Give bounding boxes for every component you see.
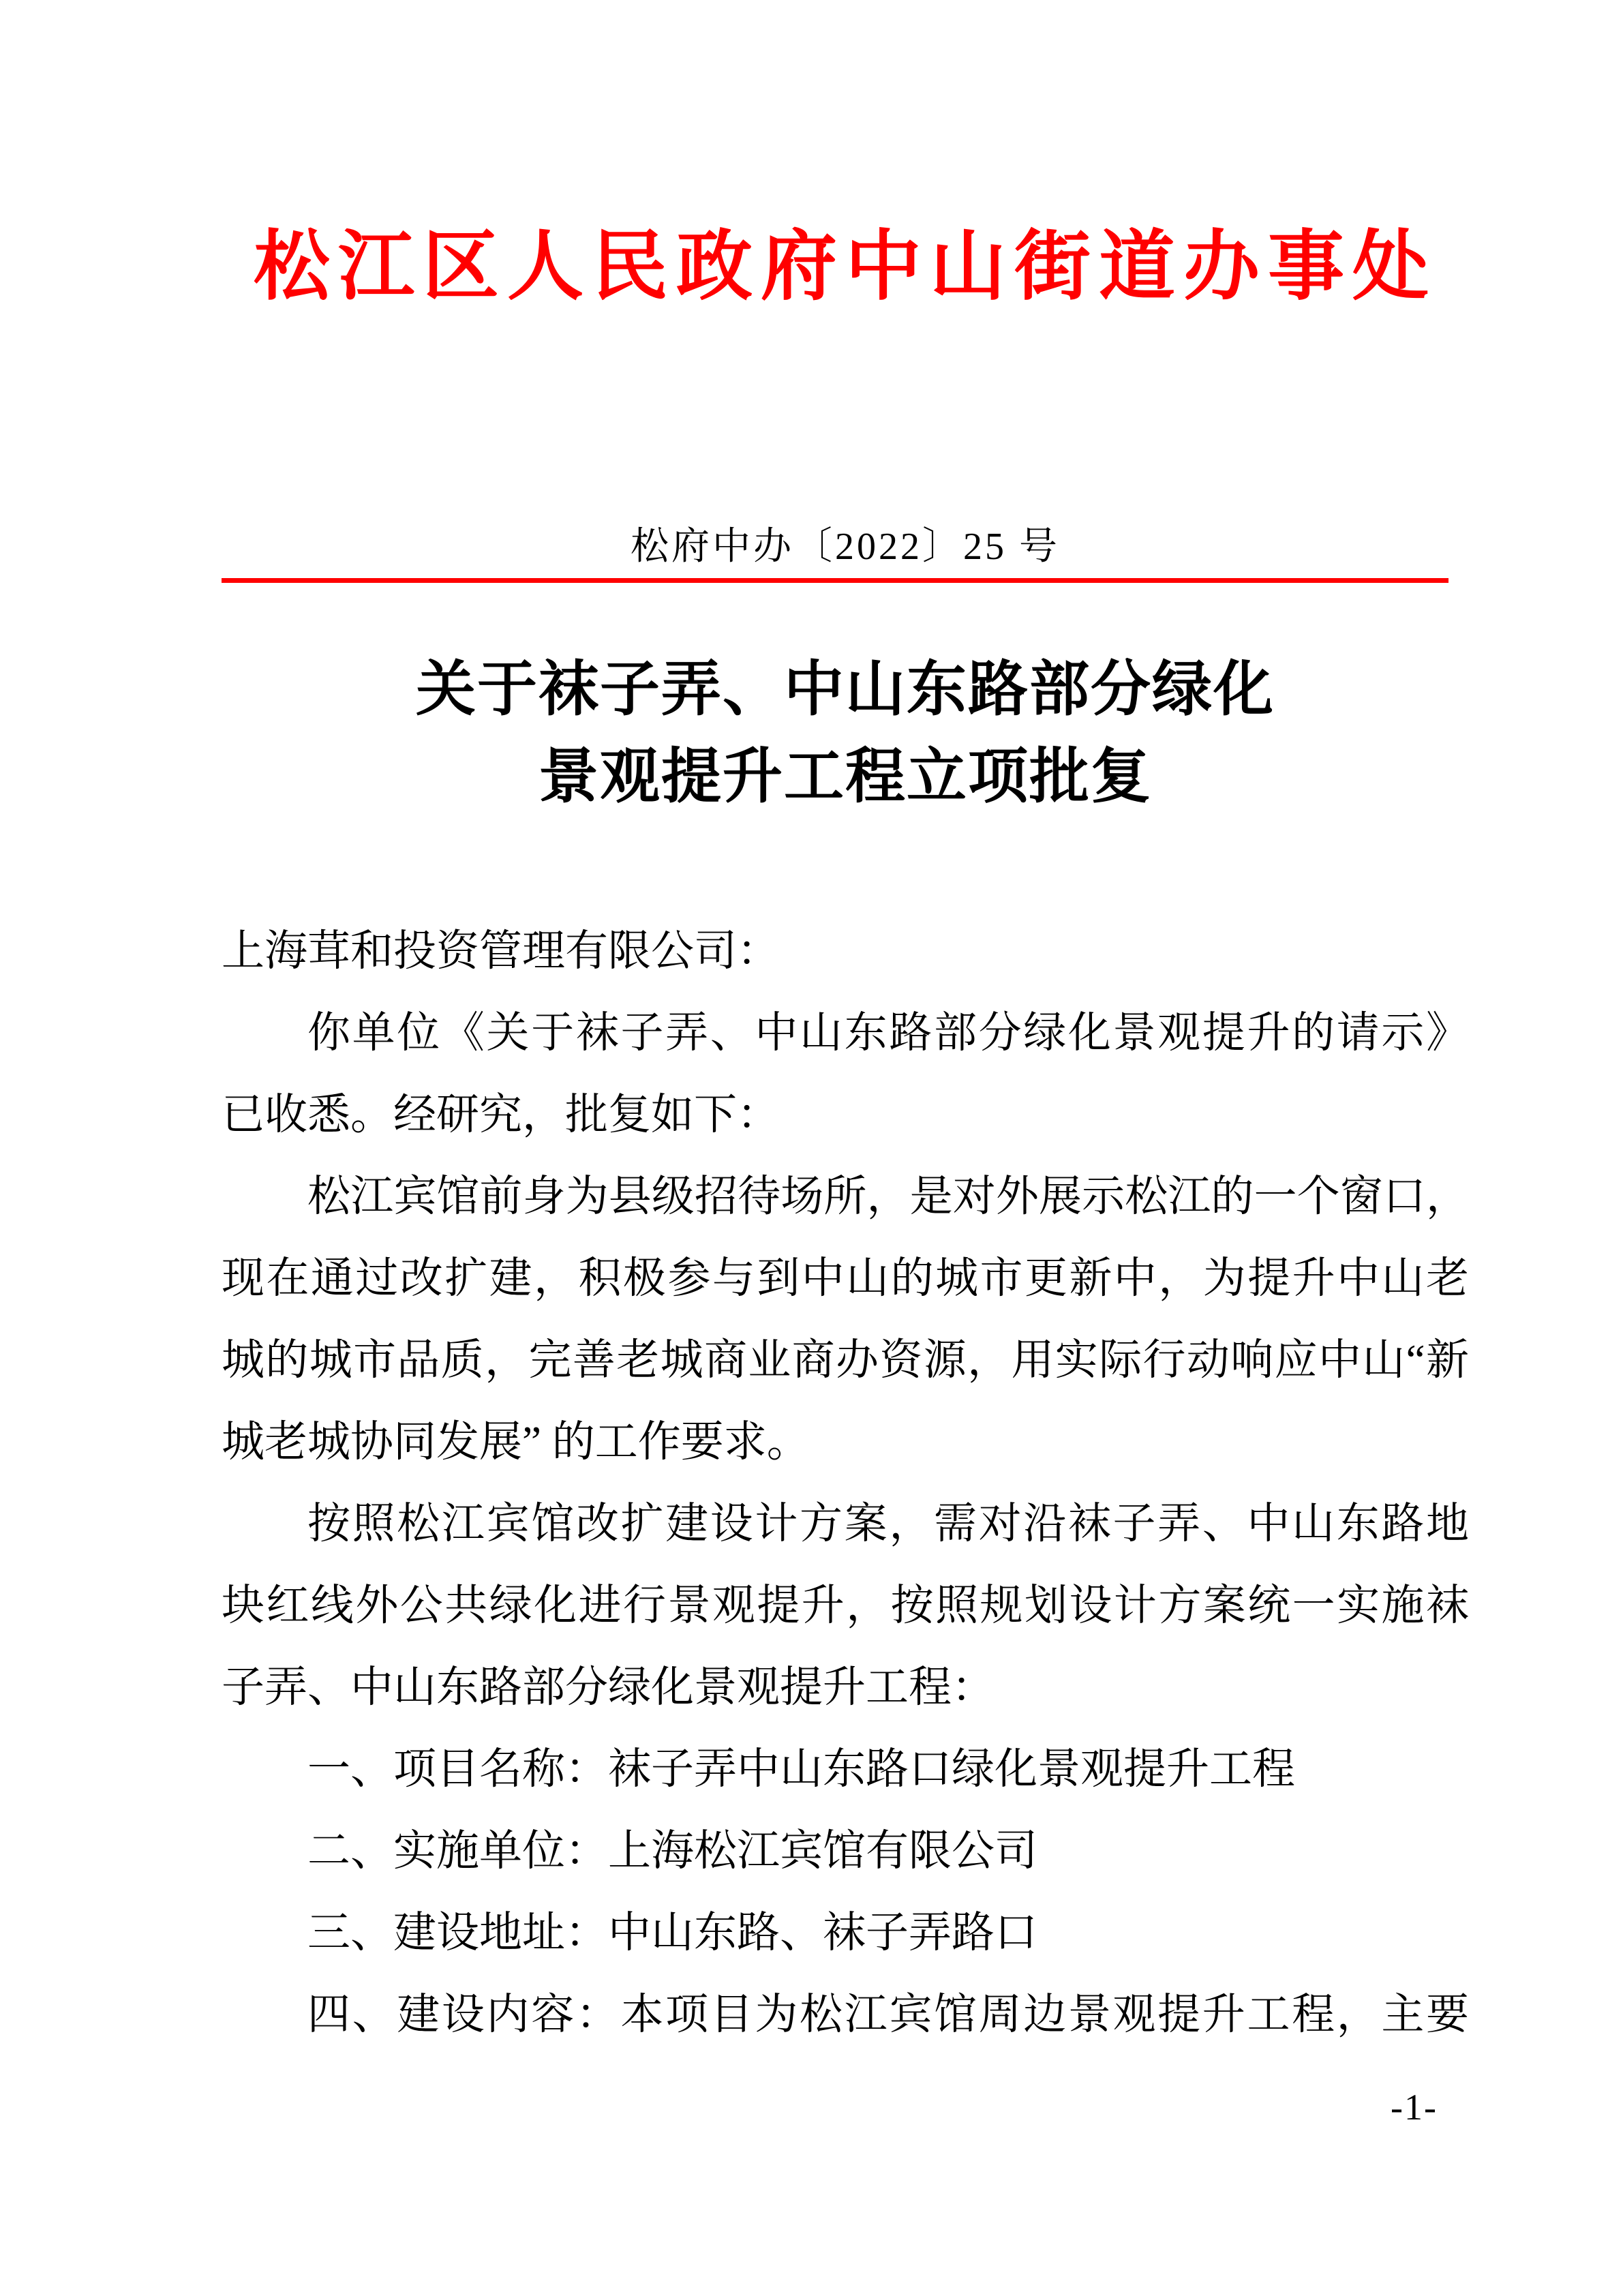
body-line: 你单位《关于袜子弄、中山东路部分绿化景观提升的请示》 (222, 992, 1469, 1074)
body-line: 块红线外公共绿化进行景观提升，按照规划设计方案统一实施袜 (222, 1565, 1469, 1646)
document-title: 关于袜子弄、中山东路部分绿化 景观提升工程立项批复 (222, 652, 1469, 816)
body-line: 城的城市品质，完善老城商业商办资源，用实际行动响应中山“新 (222, 1319, 1469, 1401)
body-line: 四、建设内容：本项目为松江宾馆周边景观提升工程，主要 (222, 1974, 1469, 2055)
body-line: 松江宾馆前身为县级招待场所，是对外展示松江的一个窗口， (222, 1155, 1469, 1237)
body-line: 现在通过改扩建，积极参与到中山的城市更新中，为提升中山老 (222, 1237, 1469, 1319)
body-line: 子弄、中山东路部分绿化景观提升工程： (222, 1646, 1469, 1728)
title-line-2: 景观提升工程立项批复 (222, 740, 1469, 816)
document-content: 松江区人民政府中山街道办事处 松府中办〔2022〕25 号 关于袜子弄、中山东路… (222, 0, 1469, 2296)
body-line: 已收悉。经研究，批复如下： (222, 1074, 1469, 1155)
title-line-1: 关于袜子弄、中山东路部分绿化 (222, 652, 1469, 729)
red-separator-line (222, 578, 1448, 583)
document-body: 上海茸和投资管理有限公司：你单位《关于袜子弄、中山东路部分绿化景观提升的请示》已… (222, 910, 1469, 2055)
agency-header: 松江区人民政府中山街道办事处 (222, 220, 1469, 315)
body-line: 上海茸和投资管理有限公司： (222, 910, 1469, 992)
body-line: 三、建设地址：中山东路、袜子弄路口 (222, 1892, 1469, 1974)
body-line: 城老城协同发展” 的工作要求。 (222, 1401, 1469, 1483)
document-page: 松江区人民政府中山街道办事处 松府中办〔2022〕25 号 关于袜子弄、中山东路… (0, 0, 1623, 2296)
doc-number: 松府中办〔2022〕25 号 (222, 519, 1469, 574)
body-line: 一、项目名称：袜子弄中山东路口绿化景观提升工程 (222, 1728, 1469, 1810)
body-line: 按照松江宾馆改扩建设计方案，需对沿袜子弄、中山东路地 (222, 1483, 1469, 1565)
body-line: 二、实施单位：上海松江宾馆有限公司 (222, 1810, 1469, 1892)
page-number: -1- (1391, 2083, 1438, 2131)
